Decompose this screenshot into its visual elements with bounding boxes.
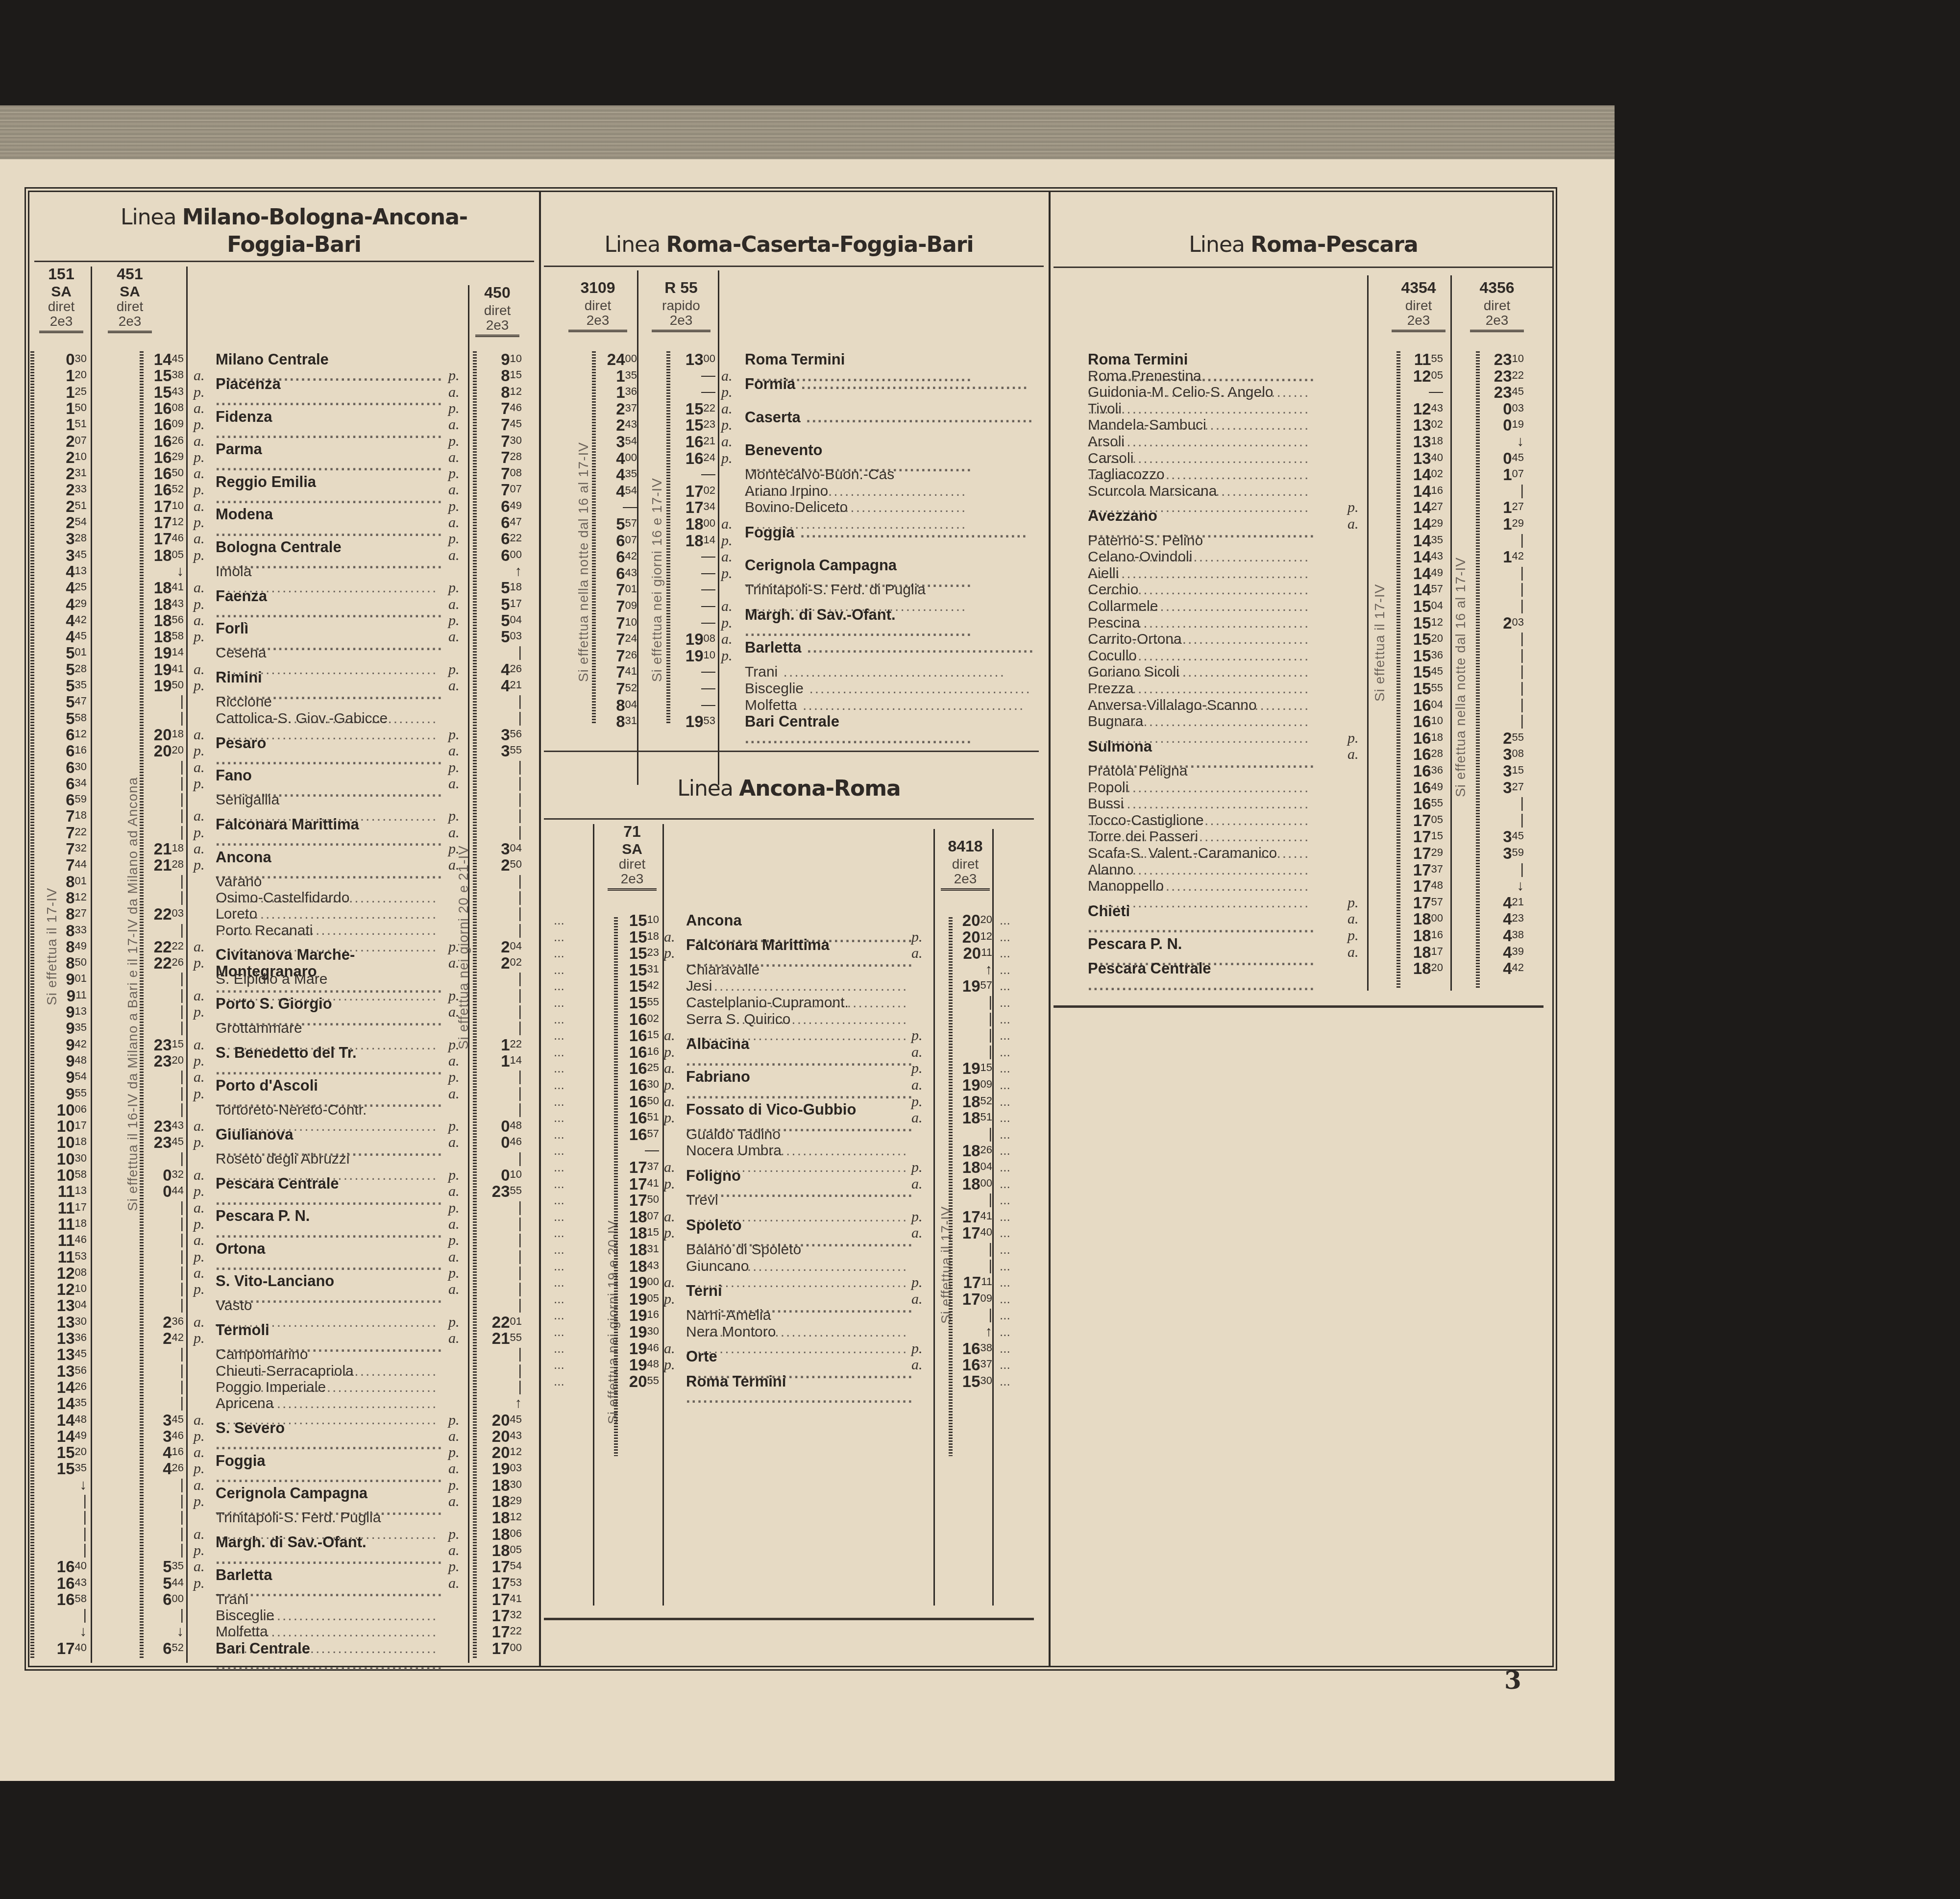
time-cell: 831 [590, 713, 637, 731]
empty-cell: ... [1000, 1274, 1010, 1291]
station-name: Fabriano ...............................… [686, 1069, 911, 1101]
arrive-depart-marker: a. [664, 1274, 675, 1291]
timetable-frame: Linea Milano-Bologna-Ancona- Foggia-Bari… [24, 187, 1557, 1671]
empty-cell: ... [554, 1143, 564, 1159]
time-cell: 948 [32, 1053, 87, 1071]
time-cell: 421 [473, 678, 522, 695]
time-cell: — [669, 466, 715, 483]
time-cell: — [669, 664, 715, 681]
arrive-depart-marker: a. [664, 1209, 675, 1225]
arrive-depart-marker: p. [448, 367, 460, 384]
arrive-depart-marker: p. [911, 1094, 923, 1110]
arrive-depart-marker: a. [448, 1086, 460, 1102]
time-cell: 150 [32, 400, 87, 418]
time-cell: 045 [1475, 450, 1524, 468]
time-cell: 046 [473, 1134, 522, 1152]
empty-cell: ... [1000, 1077, 1010, 1094]
arrive-depart-marker: a. [194, 1167, 205, 1183]
arrive-depart-marker: p. [448, 988, 460, 1004]
time-cell: | [140, 1020, 184, 1036]
time-cell: 233 [32, 482, 87, 499]
arrive-depart-marker: p. [664, 945, 675, 962]
arrive-depart-marker: p. [194, 1575, 205, 1591]
time-cell: 600 [140, 1591, 184, 1609]
time-cell: 1205 [1394, 368, 1443, 386]
arrive-depart-marker: p. [721, 533, 733, 549]
time-cell: | [948, 1044, 992, 1061]
time-cell: 413 [32, 563, 87, 581]
time-cell: 833 [32, 923, 87, 940]
time-cell: | [948, 1027, 992, 1044]
time-cell: 2155 [473, 1330, 522, 1348]
time-cell: 1910 [669, 648, 715, 666]
empty-cell: ... [1000, 1060, 1010, 1077]
time-cell: 2128 [140, 857, 184, 875]
empty-cell: ... [554, 912, 564, 929]
arrive-depart-marker: p. [194, 1542, 205, 1558]
timetable-milano-bari: 0301445910Milano Centrale ..............… [29, 351, 539, 1664]
timetable-roma-pescara: 11552310Roma Termini ...................… [1049, 351, 1558, 993]
time-cell: 442 [1475, 960, 1524, 978]
arrive-depart-marker: a. [911, 1357, 923, 1373]
arrive-depart-marker: a. [194, 808, 205, 824]
time-cell: ↓ [1475, 878, 1524, 895]
time-cell: ↓ [140, 1624, 184, 1640]
time-cell: | [473, 759, 522, 776]
arrive-depart-marker: p. [194, 1004, 205, 1020]
time-cell: 003 [1475, 401, 1524, 419]
arrive-depart-marker: a. [194, 1314, 205, 1330]
arrive-depart-marker: a. [448, 955, 460, 971]
time-cell: 142 [1475, 549, 1524, 567]
time-cell: 426 [473, 661, 522, 679]
arrive-depart-marker: a. [194, 1037, 205, 1053]
time-cell: 1805 [140, 547, 184, 565]
arrive-depart-marker: p. [448, 1069, 460, 1085]
arrive-depart-marker: a. [194, 759, 205, 776]
arrive-depart-marker: p. [194, 1249, 205, 1265]
divider [544, 266, 1044, 267]
time-cell: | [1475, 664, 1524, 681]
arrive-depart-marker: p. [194, 629, 205, 645]
arrive-depart-marker: a. [664, 1159, 675, 1176]
time-cell: | [140, 1069, 184, 1085]
divider [34, 261, 534, 262]
time-cell: | [140, 710, 184, 727]
arrive-depart-marker: p. [194, 1086, 205, 1102]
arrive-depart-marker: a. [911, 1077, 923, 1094]
station-name: Pesaro .................................… [216, 735, 446, 768]
time-cell: | [948, 1126, 992, 1143]
arrive-depart-marker: a. [448, 449, 460, 465]
time-cell: 439 [1475, 944, 1524, 962]
arrive-depart-marker: a. [448, 1004, 460, 1020]
time-cell: | [140, 1265, 184, 1281]
time-cell: — [669, 615, 715, 632]
station-name: Pescara P. N. ..........................… [216, 1208, 446, 1241]
time-cell: 801 [32, 874, 87, 891]
time-cell: | [140, 1379, 184, 1395]
arrive-depart-marker: p. [448, 1232, 460, 1248]
arrive-depart-marker: p. [664, 1357, 675, 1373]
arrive-depart-marker: a. [911, 945, 923, 962]
arrive-depart-marker: p. [194, 1053, 205, 1069]
empty-cell: ... [1000, 912, 1010, 929]
time-cell: | [140, 1004, 184, 1020]
time-cell: 346 [140, 1428, 184, 1446]
empty-cell: ... [1000, 1176, 1010, 1193]
arrive-depart-marker: a. [911, 1110, 923, 1126]
empty-cell: ... [554, 1209, 564, 1225]
arrive-depart-marker: a. [194, 1526, 205, 1542]
time-cell: 710 [590, 615, 637, 633]
timetable-roma-bari: 24001300Roma Termini ...................… [539, 351, 1049, 733]
time-cell: 1740 [32, 1640, 87, 1658]
time-cell: 741 [590, 664, 637, 682]
time-cell: 442 [32, 612, 87, 630]
time-cell: 1700 [473, 1640, 522, 1658]
time-cell: 204 [473, 939, 522, 956]
arrive-depart-marker: p. [194, 1183, 205, 1199]
arrive-depart-marker: a. [721, 516, 733, 533]
empty-cell: ... [1000, 1192, 1010, 1209]
time-cell: 355 [473, 743, 522, 760]
empty-cell: ... [554, 1077, 564, 1094]
time-cell: 030 [32, 351, 87, 369]
train-header-71: 71 SA diret 2e3 [608, 824, 657, 891]
arrive-depart-marker: p. [194, 1493, 205, 1509]
station-name: Fidenza ................................… [216, 409, 446, 441]
time-cell: 345 [1475, 828, 1524, 847]
station-name: Bari Centrale ..........................… [216, 1640, 446, 1673]
arrive-depart-marker: a. [911, 1225, 923, 1242]
arrive-depart-marker: p. [448, 1200, 460, 1216]
time-cell: 1800 [948, 1176, 992, 1194]
arrive-depart-marker: p. [448, 939, 460, 955]
time-cell: 722 [32, 825, 87, 842]
time-cell: 913 [32, 1004, 87, 1022]
time-cell: 445 [32, 629, 87, 646]
arrive-depart-marker: a. [911, 1291, 923, 1308]
time-cell: | [1475, 796, 1524, 812]
arrive-depart-marker: p. [194, 514, 205, 531]
train-header-8418: 8418 diret 2e3 [941, 839, 990, 891]
arrive-depart-marker: a. [448, 482, 460, 498]
time-cell: — [669, 582, 715, 598]
divider [544, 1618, 1034, 1620]
time-cell: | [140, 792, 184, 808]
empty-cell: ... [1000, 1225, 1010, 1242]
arrive-depart-marker: p. [448, 1412, 460, 1428]
time-cell: 607 [590, 533, 637, 551]
time-cell: 356 [473, 727, 522, 744]
timetable-ancona-roma: 15102020Ancona .........................… [539, 912, 1049, 1608]
arrive-depart-marker: p. [448, 400, 460, 416]
time-cell: | [1475, 533, 1524, 549]
arrive-depart-marker: a. [721, 598, 733, 615]
empty-cell: ... [554, 1094, 564, 1110]
time-cell: | [140, 1346, 184, 1363]
time-cell: — [669, 598, 715, 615]
empty-cell: ... [1000, 1324, 1010, 1340]
time-cell: 125 [32, 384, 87, 402]
time-cell: 744 [32, 857, 87, 875]
section-title-roma-bari: Linea Roma-Caserta-Foggia-Bari [549, 231, 1029, 259]
time-cell: | [1475, 648, 1524, 664]
time-cell: ↓ [32, 1624, 87, 1640]
time-cell: 647 [473, 514, 522, 532]
empty-cell: ... [554, 929, 564, 946]
time-cell: 612 [32, 727, 87, 744]
arrive-depart-marker: p. [448, 1314, 460, 1330]
time-cell: 044 [140, 1183, 184, 1201]
arrive-depart-marker: p. [194, 776, 205, 792]
time-cell: 135 [590, 368, 637, 386]
time-cell: 942 [32, 1037, 87, 1054]
arrive-depart-marker: p. [721, 417, 733, 434]
time-cell: 1624 [669, 450, 715, 468]
time-cell: | [1475, 598, 1524, 615]
empty-cell: ... [554, 1192, 564, 1209]
empty-cell: ... [1000, 1044, 1010, 1061]
arrive-depart-marker: a. [194, 580, 205, 596]
empty-cell: ... [554, 945, 564, 962]
arrive-depart-marker: p. [448, 531, 460, 547]
time-cell: | [473, 776, 522, 792]
empty-cell: ... [554, 962, 564, 978]
arrive-depart-marker: p. [448, 1526, 460, 1542]
time-cell: 649 [473, 498, 522, 516]
time-cell: 850 [32, 955, 87, 973]
time-cell: | [473, 1379, 522, 1395]
time-cell: | [1475, 713, 1524, 730]
time-cell: 724 [590, 631, 637, 649]
empty-cell: ... [554, 1291, 564, 1308]
arrive-depart-marker: a. [448, 1542, 460, 1558]
time-cell: | [1475, 812, 1524, 829]
arrive-depart-marker: a. [194, 939, 205, 955]
arrive-depart-marker: p. [194, 449, 205, 465]
station-name: Formia .................................… [745, 376, 1039, 392]
time-cell: ↓ [140, 563, 184, 580]
empty-cell: ... [1000, 1373, 1010, 1390]
empty-cell: ... [554, 1242, 564, 1258]
empty-cell: ... [554, 1011, 564, 1028]
arrive-depart-marker: p. [664, 1110, 675, 1126]
time-cell: 503 [473, 629, 522, 646]
empty-cell: ... [554, 1126, 564, 1143]
arrive-depart-marker: a. [664, 1027, 675, 1044]
arrive-depart-marker: a. [448, 1575, 460, 1591]
time-cell: | [473, 874, 522, 890]
time-cell: 911 [32, 988, 87, 1005]
arrive-depart-marker: a. [194, 1477, 205, 1493]
station-name: Molfetta ...............................… [745, 697, 1039, 714]
time-cell: | [140, 1200, 184, 1216]
time-cell: 528 [32, 661, 87, 679]
empty-cell: ... [554, 1274, 564, 1291]
time-cell: 032 [140, 1167, 184, 1185]
empty-cell: ... [1000, 1340, 1010, 1357]
empty-cell: ... [554, 1159, 564, 1176]
section-title-roma-pescara: Linea Roma-Pescara [1058, 231, 1548, 259]
empty-cell: ... [554, 1357, 564, 1373]
time-cell: 354 [590, 434, 637, 452]
time-cell: 812 [32, 890, 87, 907]
time-cell: 1535 [32, 1461, 87, 1478]
empty-cell: ... [1000, 962, 1010, 978]
arrive-depart-marker: p. [194, 1281, 205, 1297]
time-cell: ↑ [948, 962, 992, 978]
time-cell: 746 [473, 400, 522, 418]
time-cell: | [32, 1509, 87, 1526]
arrive-depart-marker: p. [664, 1176, 675, 1193]
empty-cell: ... [554, 978, 564, 995]
time-cell: | [140, 874, 184, 890]
time-cell: 2345 [1475, 384, 1524, 402]
arrive-depart-marker: p. [194, 743, 205, 759]
divider [1053, 267, 1553, 268]
time-cell: | [948, 1242, 992, 1258]
arrive-depart-marker: p. [911, 1027, 923, 1044]
station-name: Piacenza ...............................… [216, 376, 446, 409]
time-cell: 114 [473, 1053, 522, 1071]
time-cell: 425 [32, 580, 87, 597]
time-cell: 954 [32, 1069, 87, 1087]
time-cell: 048 [473, 1118, 522, 1136]
time-cell: | [473, 808, 522, 824]
time-cell: 122 [473, 1037, 522, 1054]
arrive-depart-marker: a. [194, 1412, 205, 1428]
time-cell: | [140, 1363, 184, 1379]
time-cell: 2055 [612, 1373, 659, 1391]
arrive-depart-marker: p. [194, 825, 205, 841]
time-cell: | [140, 808, 184, 824]
time-cell: 501 [32, 645, 87, 662]
time-cell: 643 [590, 565, 637, 584]
time-cell: | [473, 645, 522, 661]
time-cell: 237 [590, 401, 637, 419]
time-cell: 2203 [140, 906, 184, 924]
time-cell: | [948, 1307, 992, 1324]
time-cell: | [473, 923, 522, 939]
time-cell: | [140, 1395, 184, 1412]
time-cell: | [32, 1493, 87, 1509]
arrive-depart-marker: p. [194, 482, 205, 498]
empty-cell: ... [1000, 1357, 1010, 1373]
arrive-depart-marker: p. [194, 1428, 205, 1444]
arrive-depart-marker: a. [448, 857, 460, 873]
time-cell: 709 [590, 598, 637, 616]
time-cell: 416 [140, 1444, 184, 1462]
station-name: Margh. di Sav.-Ofant. ..................… [745, 607, 1039, 639]
time-cell: 250 [473, 857, 522, 875]
time-cell: | [473, 1281, 522, 1297]
time-cell: 315 [1475, 763, 1524, 781]
station-name: Barletta ...............................… [745, 639, 1039, 656]
time-cell: 231 [32, 465, 87, 483]
arrive-depart-marker: a. [448, 1053, 460, 1069]
time-cell: 910 [473, 351, 522, 369]
time-cell: 659 [32, 792, 87, 809]
time-cell: — [669, 384, 715, 401]
time-cell: 827 [32, 906, 87, 924]
time-cell: 1814 [669, 533, 715, 551]
arrive-depart-marker: a. [448, 1249, 460, 1265]
empty-cell: ... [554, 995, 564, 1011]
arrive-depart-marker: p. [721, 615, 733, 632]
time-cell: | [473, 1346, 522, 1363]
time-cell: — [1394, 384, 1443, 401]
arrive-depart-marker: a. [448, 1493, 460, 1509]
time-cell: | [140, 825, 184, 841]
time-cell: — [590, 499, 637, 516]
time-cell: 634 [32, 776, 87, 793]
arrive-depart-marker: a. [194, 531, 205, 547]
arrive-depart-marker: p. [448, 1558, 460, 1575]
time-cell: 1957 [948, 978, 992, 996]
arrive-depart-marker: p. [1347, 499, 1359, 516]
time-cell: | [1475, 565, 1524, 582]
time-cell: 718 [32, 808, 87, 826]
empty-cell: ... [554, 1110, 564, 1126]
section-title-ancona-roma: Linea Ancona-Roma [549, 775, 1029, 803]
time-cell: | [473, 906, 522, 922]
station-name: Caserta ................................… [745, 409, 1039, 426]
arrive-depart-marker: p. [448, 465, 460, 482]
time-cell: | [473, 1151, 522, 1167]
arrive-depart-marker: a. [194, 988, 205, 1004]
time-cell: — [669, 368, 715, 385]
time-cell: | [473, 1216, 522, 1232]
arrive-depart-marker: a. [194, 498, 205, 514]
time-cell: | [948, 1011, 992, 1028]
arrive-depart-marker: a. [448, 1461, 460, 1477]
arrive-depart-marker: a. [664, 1060, 675, 1077]
arrive-depart-marker: p. [194, 596, 205, 612]
arrive-depart-marker: a. [448, 514, 460, 531]
train-header-4354: 4354 diret 2e3 [1392, 280, 1445, 332]
arrive-depart-marker: p. [1347, 730, 1359, 747]
time-cell: 557 [590, 516, 637, 534]
arrive-depart-marker: a. [194, 1069, 205, 1085]
train-header-450: 450 diret 2e3 [475, 285, 519, 337]
time-cell: — [669, 697, 715, 714]
time-cell: 849 [32, 939, 87, 956]
page-stack-edge [0, 105, 1615, 159]
arrive-depart-marker: a. [194, 1558, 205, 1575]
arrive-depart-marker: a. [448, 384, 460, 400]
time-cell: | [140, 1509, 184, 1526]
station-name: Albacina ...............................… [686, 1036, 911, 1069]
time-cell: — [669, 565, 715, 582]
empty-cell: ... [1000, 1011, 1010, 1028]
empty-cell: ... [554, 1307, 564, 1324]
time-cell: 1851 [948, 1110, 992, 1128]
arrive-depart-marker: p. [448, 1265, 460, 1281]
arrive-depart-marker: a. [194, 1232, 205, 1248]
station-name: Bari Centrale ..........................… [745, 713, 1039, 746]
time-cell: | [473, 890, 522, 906]
time-cell: | [473, 1265, 522, 1281]
time-cell: ↓ [1475, 434, 1524, 450]
time-cell: 901 [32, 971, 87, 989]
time-cell: | [473, 1232, 522, 1248]
time-cell: — [669, 681, 715, 697]
time-cell: 400 [590, 450, 637, 468]
time-cell: ↑ [948, 1324, 992, 1340]
time-cell: | [473, 792, 522, 808]
